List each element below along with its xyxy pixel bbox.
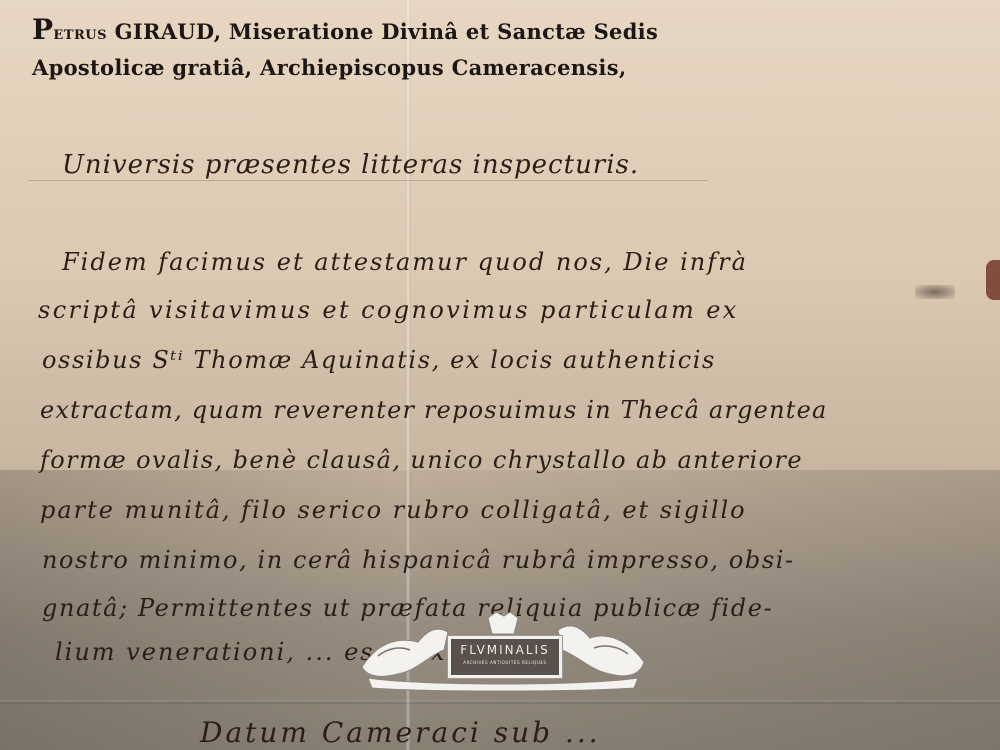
letterhead-line-1: PETRUS GIRAUD, Miseratione Divinâ et San… xyxy=(32,14,658,52)
body-line-5: formæ ovalis, benè clausâ, unico chrysta… xyxy=(40,446,803,474)
body-line-7: nostro minimo, in cerâ hispanicâ rubrâ i… xyxy=(42,546,795,574)
watermark-plaque: FLVMINALIS ARCHIVES ANTIQUITÉS RELIQUES xyxy=(448,636,562,678)
body-line-6: parte munitâ, filo serico rubro colligat… xyxy=(40,496,747,524)
printed-letterhead: PETRUS GIRAUD, Miseratione Divinâ et San… xyxy=(32,14,658,84)
archbishop-name: GIRAUD xyxy=(115,19,214,44)
letterhead-line-1-rest: , Miseratione Divinâ et Sanctæ Sedis xyxy=(214,19,658,44)
ink-smudge xyxy=(915,285,955,299)
wax-seal-stain xyxy=(986,260,1000,300)
ruled-guideline xyxy=(28,180,708,181)
watermark-tagline: ARCHIVES ANTIQUITÉS RELIQUES xyxy=(451,659,559,667)
closing-line: Datum Cameraci sub ... xyxy=(200,716,601,749)
letterhead-initial: P xyxy=(32,13,53,46)
horizontal-fold-crease xyxy=(0,700,1000,704)
watermark: FLVMINALIS ARCHIVES ANTIQUITÉS RELIQUES xyxy=(358,612,648,692)
body-line-3: ossibus Sᵗⁱ Thomæ Aquinatis, ex locis au… xyxy=(42,346,716,374)
body-line-1: Fidem facimus et attestamur quod nos, Di… xyxy=(62,248,748,276)
letterhead-smallcaps: ETRUS xyxy=(53,28,107,43)
body-line-4: extractam, quam reverenter reposuimus in… xyxy=(40,396,827,424)
watermark-name: FLVMINALIS xyxy=(451,641,559,659)
salutation: Universis præsentes litteras inspecturis… xyxy=(62,150,639,180)
body-line-2: scriptâ visitavimus et cognovimus partic… xyxy=(38,296,739,324)
letterhead-line-2: Apostolicæ gratiâ, Archiepiscopus Camera… xyxy=(32,52,658,84)
